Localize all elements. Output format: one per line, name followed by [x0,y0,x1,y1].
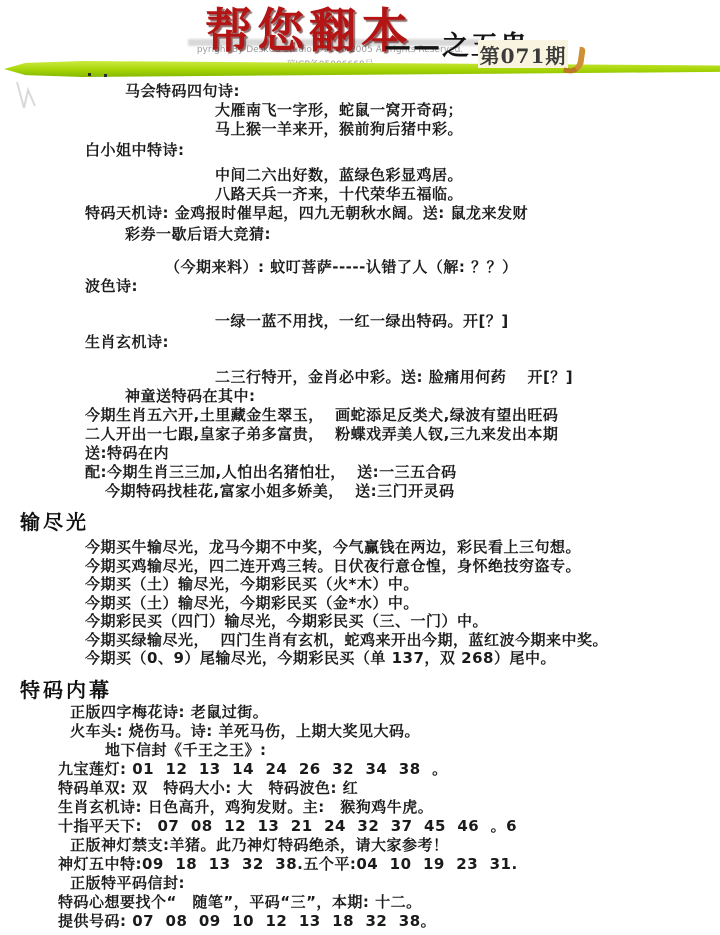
text-line: 特码单双: 双 特码大小: 大 特码波色: 红 [58,779,720,798]
text-line: 正版四字梅花诗: 老鼠过街。 [70,703,720,722]
text-line: 今期买牛输尽光，龙马今期不中奖，今气赢钱在两边，彩民看上三句想。 [85,538,720,557]
issue-ribbon: 第071期 [478,40,568,68]
text-line: 火车头: 烧伤马。诗: 羊死马伤，上期大奖见大码。 [70,722,720,741]
section-neimu: 正版四字梅花诗: 老鼠过街。火车头: 烧伤马。诗: 羊死马伤，上期大奖见大码。地… [0,703,720,931]
text-line: 二三行特开，金肖必中彩。送: 脸痛用何药 开[？] [215,368,720,387]
text-line: 中间二六出好数，蓝绿色彩显鸡居。 [215,166,720,185]
text-line: 今期买（0、9）尾输尽光，今期彩民买（单 137，双 268）尾中。 [85,649,720,668]
text-line: 十指平天下: 07 08 12 13 21 24 32 37 45 46 。6 [58,817,720,836]
text-line: 提供号码: 07 08 09 10 12 13 18 32 38。 [58,912,720,931]
text-line: 特码心想要找个“ 随笔”，平码“三”，本期: 十二。 [58,893,720,912]
text-line: 正版特平码信封: [70,874,720,893]
text-line: 马会特码四句诗: [125,82,720,101]
page-title: 帮您翻本 [205,0,413,61]
text-line: 今期买（土）输尽光，今期彩民买（火*木）中。 [85,575,720,594]
text-line: 今期生肖五六开,土里藏金生翠玉， 画蛇添足反类犬,绿波有望出旺码 [85,406,720,425]
section-heading-shujinguang: 输尽光 [20,506,89,535]
text-line: 二人开出一七跟,皇家子弟多富贵， 粉蝶戏弄美人钗,三九来发出本期 [85,425,720,444]
text-line: 一绿一蓝不用找，一红一绿出特码。开[？] [215,312,720,331]
text-line: 马上猴一羊来开，猴前狗后猪中彩。 [215,120,720,139]
section-poems: 马会特码四句诗:大雁南飞一字形，蛇鼠一窝开奇码；马上猴一羊来开，猴前狗后猪中彩。… [0,82,720,501]
scan-artifact-mark [14,80,40,112]
text-line: 彩券一歇后语大竞猜: [125,225,720,244]
text-line: 波色诗: [85,277,720,296]
text-line: 八路天兵一齐来，十代荣华五福临。 [215,185,720,204]
green-divider-bar [4,61,720,77]
scan-speck [88,73,91,76]
section-heading-neimu: 特码内幕 [20,674,112,703]
text-line: （今期来料）: 蚊叮菩萨-----认错了人（解: ？？） [165,258,720,277]
text-line: 白小姐中特诗: [85,141,720,160]
text-line: 地下信封《千王之王》: [105,741,720,760]
text-line: 今期彩民买（四门）输尽光，今期彩民买（三、一门）中。 [85,612,720,631]
text-line: 送:特码在内 [85,444,720,463]
section-shujinguang: 今期买牛输尽光，龙马今期不中奖，今气赢钱在两边，彩民看上三句想。今期买鸡输尽光，… [0,538,720,668]
text-line: 今期买（土）输尽光，今期彩民买（金*水）中。 [85,594,720,613]
lottery-tip-sheet-page: pyright By DeskCa Studio ©2000-2005 All … [0,0,720,935]
text-line: 神童送特码在其中: [125,387,720,406]
text-line: 神灯五中特:09 18 13 32 38.五个平:04 10 19 23 31. [58,855,720,874]
text-line: 九宝莲灯: 01 12 13 14 24 26 32 34 38 。 [58,760,720,779]
text-line: 生肖玄机诗: 日色高升，鸡狗发财。主: 猴狗鸡牛虎。 [58,798,720,817]
text-line: 大雁南飞一字形，蛇鼠一窝开奇码； [215,101,720,120]
text-line: 正版神灯禁支:羊猪。此乃神灯特码绝杀，请大家参考！ [70,836,720,855]
text-line: 今期特码找桂花,富家小姐多娇美， 送:三门开灵码 [105,482,720,501]
text-line: 今期买鸡输尽光，四二连开鸡三转。日伏夜行意仓惶，身怀绝技穷盗专。 [85,557,720,576]
text-line: 今期买绿输尽光， 四门生肖有玄机，蛇鸡来开出今期，蓝红波今期来中奖。 [85,631,720,650]
scan-speck [104,74,107,77]
text-line: 配:今期生肖三三加,人怕出名猪怕壮， 送:一三五合码 [85,463,720,482]
issue-number: 第071期 [480,40,567,69]
text-line: 特码天机诗: 金鸡报时催早起，四九无朝秋水阔。送: 鼠龙来发财 [85,204,720,223]
text-line: 生肖玄机诗: [85,333,720,352]
